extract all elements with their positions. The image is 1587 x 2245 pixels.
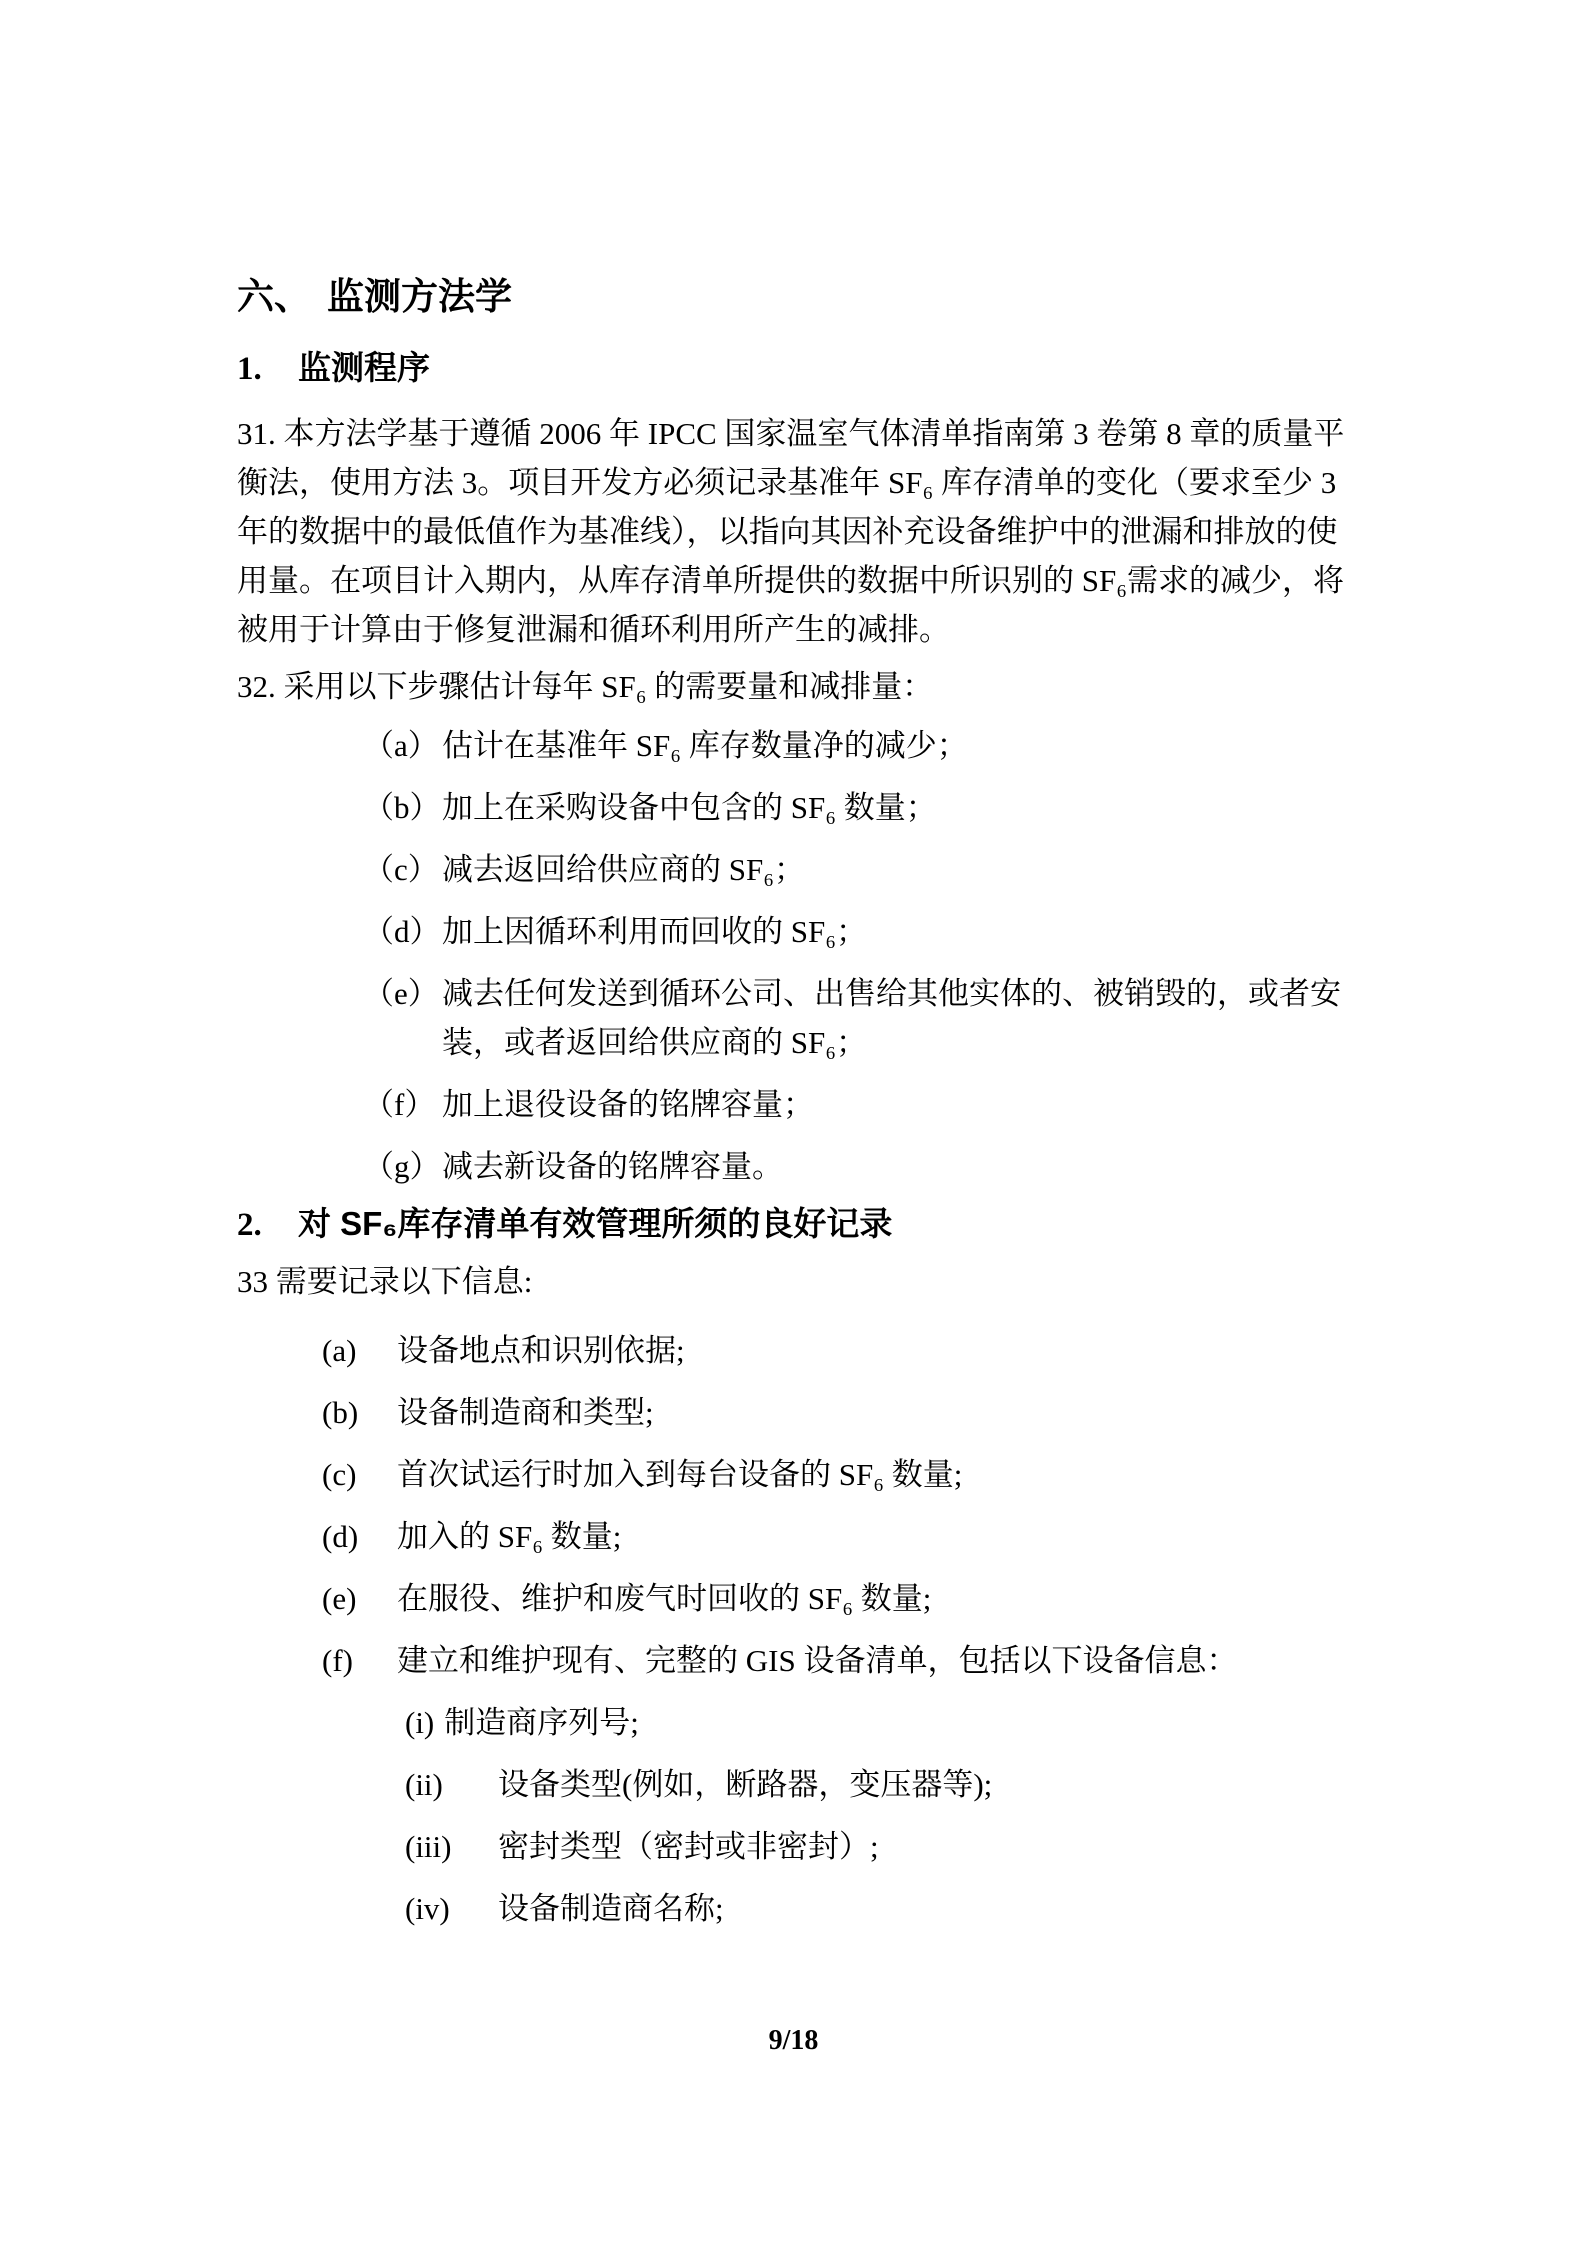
list-item-text: 减去新设备的铭牌容量。 xyxy=(442,1142,1348,1191)
list-item-text: 减去任何发送到循环公司、出售给其他实体的、被销毁的，或者安 xyxy=(442,969,1348,1018)
title-number: 六、 xyxy=(237,277,327,317)
paragraph-32-intro: 32. 采用以下步骤估计每年 SF₆ 的需要量和减排量： xyxy=(237,662,1348,711)
sub-item-iv: (iv) 设备制造商名称; xyxy=(237,1884,1348,1933)
list-item-c: （c） 减去返回给供应商的 SF₆； xyxy=(237,845,1348,894)
list-item-f: （f） 加上退役设备的铭牌容量； xyxy=(237,1080,1348,1129)
list-item-a: (a) 设备地点和识别依据; xyxy=(237,1326,1348,1375)
list-item-text: 加上在采购设备中包含的 SF₆ 数量； xyxy=(442,783,1348,832)
list-marker: (d) xyxy=(322,1512,358,1561)
list-marker: (iv) xyxy=(405,1884,450,1933)
list-marker: (ii) xyxy=(405,1760,443,1809)
list-marker: （f） xyxy=(363,1080,435,1129)
list-item-g: （g） 减去新设备的铭牌容量。 xyxy=(237,1142,1348,1191)
list-item-text: 设备制造商和类型; xyxy=(397,1388,1348,1437)
paragraph-31: 31. 本方法学基于遵循 2006 年 IPCC 国家温室气体清单指南第 3 卷… xyxy=(237,409,1348,654)
list-item-e: （e） 减去任何发送到循环公司、出售给其他实体的、被销毁的，或者安 装，或者返回… xyxy=(237,969,1348,1067)
list-item-b: （b） 加上在采购设备中包含的 SF₆ 数量； xyxy=(237,783,1348,832)
document-title: 六、监测方法学 xyxy=(237,277,1348,318)
paragraph-31-line: 衡法，使用方法 3。项目开发方必须记录基准年 SF₆ 库存清单的变化（要求至少 … xyxy=(237,458,1348,507)
list-marker: （d） xyxy=(363,907,441,956)
section-2-title: 对 SF₆库存清单有效管理所须的良好记录 xyxy=(298,1205,892,1242)
page-number: 9/18 xyxy=(0,2023,1587,2059)
list-item-text: 加入的 SF₆ 数量; xyxy=(397,1512,1348,1561)
list-item-d: （d） 加上因循环利用而回收的 SF₆； xyxy=(237,907,1348,956)
list-item-b: (b) 设备制造商和类型; xyxy=(237,1388,1348,1437)
list-item-text: 密封类型（密封或非密封）; xyxy=(498,1822,1348,1871)
list-item-e: (e) 在服役、维护和废气时回收的 SF₆ 数量; xyxy=(237,1574,1348,1623)
document-page: 六、监测方法学 1.监测程序 31. 本方法学基于遵循 2006 年 IPCC … xyxy=(0,0,1587,2245)
list-item-text: 设备制造商名称; xyxy=(498,1884,1348,1933)
section-2-number: 2. xyxy=(237,1205,298,1245)
list-item-d: (d) 加入的 SF₆ 数量; xyxy=(237,1512,1348,1561)
paragraph-31-line: 年的数据中的最低值作为基准线），以指向其因补充设备维护中的泄漏和排放的使 xyxy=(237,507,1348,556)
section-2-heading: 2.对 SF₆库存清单有效管理所须的良好记录 xyxy=(237,1204,1348,1245)
list-marker: (a) xyxy=(322,1326,356,1375)
list-item-text: 设备类型(例如，断路器，变压器等); xyxy=(498,1760,1348,1809)
list-item-text: 制造商序列号; xyxy=(444,1705,639,1740)
title-text: 监测方法学 xyxy=(327,276,512,317)
section-1-heading: 1.监测程序 xyxy=(237,348,1348,389)
list-marker: （g） xyxy=(363,1142,441,1191)
paragraph-31-line: 31. 本方法学基于遵循 2006 年 IPCC 国家温室气体清单指南第 3 卷… xyxy=(237,409,1348,458)
list-item-text: 加上因循环利用而回收的 SF₆； xyxy=(442,907,1348,956)
list-item-text: 建立和维护现有、完整的 GIS 设备清单，包括以下设备信息： xyxy=(397,1636,1348,1685)
sub-item-iii: (iii) 密封类型（密封或非密封）; xyxy=(237,1822,1348,1871)
list-marker: (f) xyxy=(322,1636,353,1685)
paragraph-31-line: 被用于计算由于修复泄漏和循环利用所产生的减排。 xyxy=(237,605,1348,654)
list-marker: (e) xyxy=(322,1574,356,1623)
paragraph-31-line: 用量。在项目计入期内，从库存清单所提供的数据中所识别的 SF₆需求的减少，将 xyxy=(237,556,1348,605)
list-item-c: (c) 首次试运行时加入到每台设备的 SF₆ 数量; xyxy=(237,1450,1348,1499)
list-33: (a) 设备地点和识别依据; (b) 设备制造商和类型; (c) 首次试运行时加… xyxy=(237,1326,1348,1933)
list-item-a: （a） 估计在基准年 SF₆ 库存数量净的减少； xyxy=(237,721,1348,770)
list-marker: (i) xyxy=(405,1705,434,1740)
list-item-text: 加上退役设备的铭牌容量； xyxy=(442,1080,1348,1129)
list-item-text: 设备地点和识别依据; xyxy=(397,1326,1348,1375)
sub-item-i: (i)制造商序列号; xyxy=(237,1698,1348,1747)
section-1-title: 监测程序 xyxy=(298,349,430,386)
section-1-number: 1. xyxy=(237,349,298,389)
list-marker: （a） xyxy=(363,721,439,770)
sub-item-ii: (ii) 设备类型(例如，断路器，变压器等); xyxy=(237,1760,1348,1809)
sub-list-f: (i)制造商序列号; (ii) 设备类型(例如，断路器，变压器等); (iii)… xyxy=(237,1698,1348,1933)
list-marker: (iii) xyxy=(405,1822,452,1871)
list-marker: （e） xyxy=(363,969,439,1018)
list-item-text: 估计在基准年 SF₆ 库存数量净的减少； xyxy=(442,721,1348,770)
list-item-f: (f) 建立和维护现有、完整的 GIS 设备清单，包括以下设备信息： xyxy=(237,1636,1348,1685)
list-item-text: 在服役、维护和废气时回收的 SF₆ 数量; xyxy=(397,1574,1348,1623)
list-marker: (c) xyxy=(322,1450,356,1499)
list-item-text: 减去返回给供应商的 SF₆； xyxy=(442,845,1348,894)
list-marker: （c） xyxy=(363,845,439,894)
list-marker: (b) xyxy=(322,1388,358,1437)
list-32: （a） 估计在基准年 SF₆ 库存数量净的减少； （b） 加上在采购设备中包含的… xyxy=(237,721,1348,1191)
list-item-text: 装，或者返回给供应商的 SF₆； xyxy=(442,1018,1348,1067)
list-item-text: 首次试运行时加入到每台设备的 SF₆ 数量; xyxy=(397,1450,1348,1499)
list-marker: （b） xyxy=(363,783,441,832)
paragraph-33-intro: 33 需要记录以下信息: xyxy=(237,1257,1348,1306)
